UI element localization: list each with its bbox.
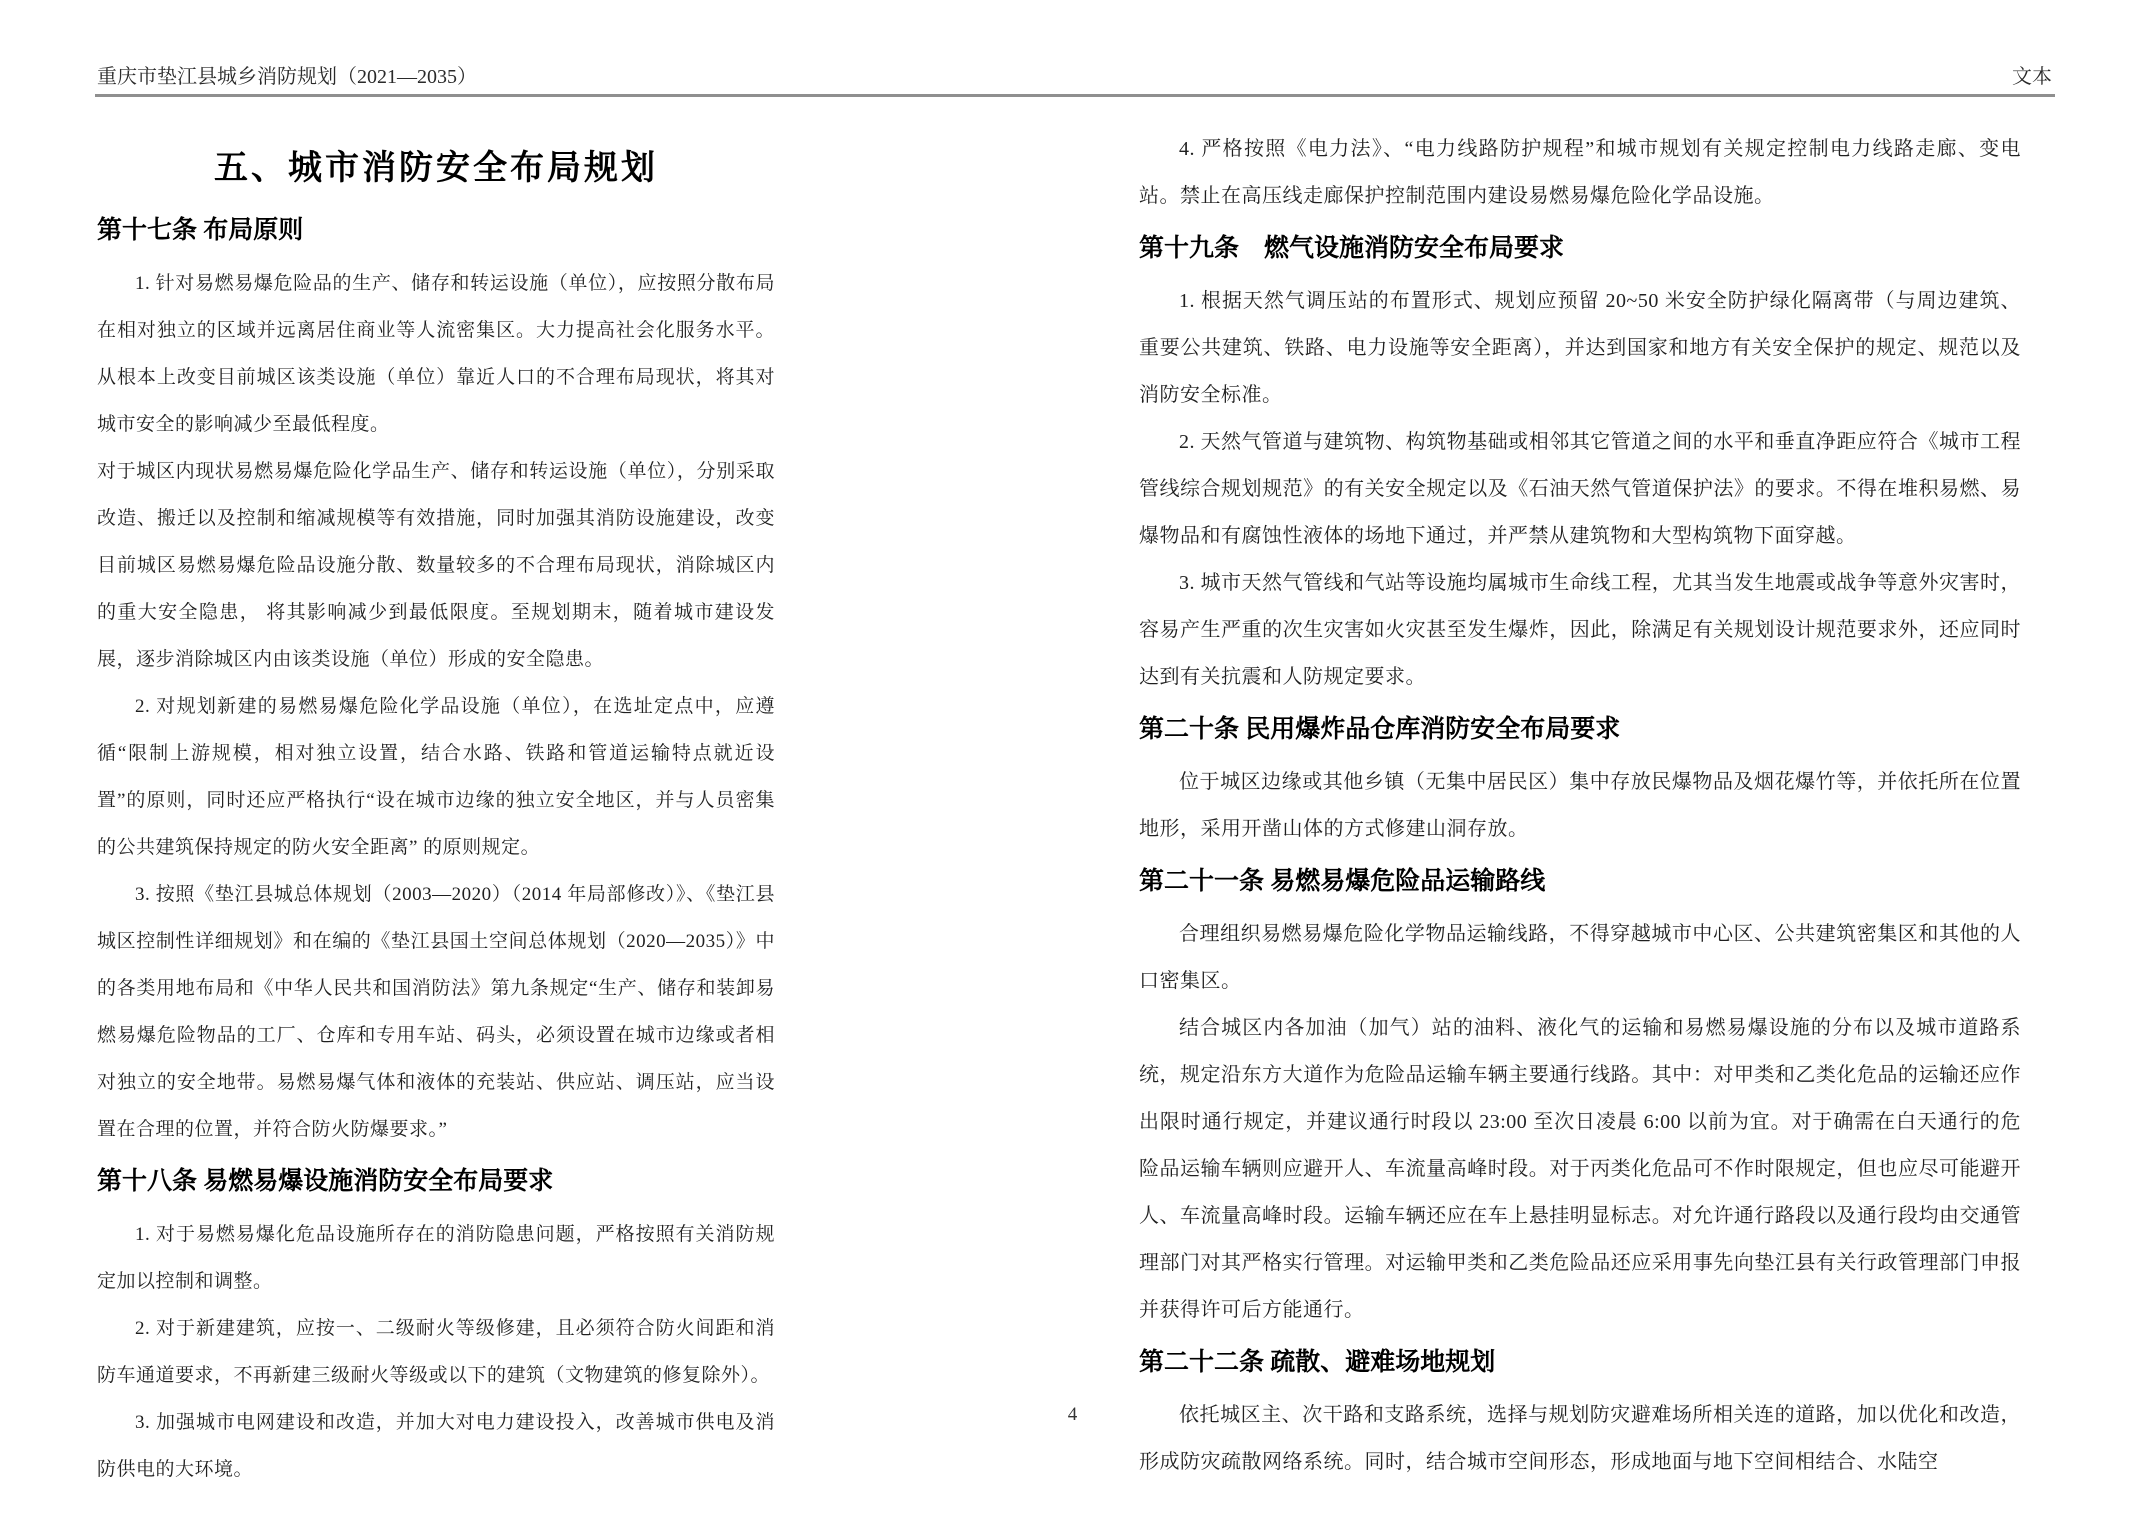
paragraph-article17-item1-continued: 对于城区内现状易燃易爆危险化学品生产、储存和转运设施（单位），分别采取改造、搬迁… — [97, 448, 775, 683]
paragraph-article19-item1: 1. 根据天然气调压站的布置形式、规划应预留 20~50 米安全防护绿化隔离带（… — [1139, 278, 2021, 419]
paragraph-article20-body: 位于城区边缘或其他乡镇（无集中居民区）集中存放民爆物品及烟花爆竹等，并依托所在位… — [1139, 759, 2021, 853]
heading-article-18: 第十八条 易燃易爆设施消防安全布局要求 — [97, 1164, 775, 1200]
paragraph-article18-item1: 1. 对于易燃易爆化危品设施所存在的消防隐患问题，严格按照有关消防规定加以控制和… — [97, 1211, 775, 1305]
paragraph-article17-item1: 1. 针对易燃易爆危险品的生产、储存和转运设施（单位），应按照分散布局在相对独立… — [97, 260, 775, 448]
paragraph-article18-item2: 2. 对于新建建筑，应按一、二级耐火等级修建，且必须符合防火间距和消防车通道要求… — [97, 1305, 775, 1399]
page-footer: 4 — [0, 1404, 2145, 1426]
paragraph-article17-item2: 2. 对规划新建的易燃易爆危险化学品设施（单位），在选址定点中，应遵循“限制上游… — [97, 683, 775, 871]
paragraph-article19-item3: 3. 城市天然气管线和气站等设施均属城市生命线工程，尤其当发生地震或战争等意外灾… — [1139, 560, 2021, 701]
paragraph-article18-item4: 4. 严格按照《电力法》、“电力线路防护规程”和城市规划有关规定控制电力线路走廊… — [1139, 126, 2021, 220]
heading-article-17: 第十七条 布局原则 — [97, 213, 775, 249]
page-number: 4 — [1068, 1404, 1078, 1425]
header-document-title: 重庆市垫江县城乡消防规划（2021—2035） — [97, 60, 477, 89]
paragraph-article17-item3: 3. 按照《垫江县城总体规划（2003—2020）（2014 年局部修改）》、《… — [97, 871, 775, 1153]
header-section-label: 文本 — [2012, 60, 2052, 89]
right-column: 4. 严格按照《电力法》、“电力线路防护规程”和城市规划有关规定控制电力线路走廊… — [1139, 126, 2021, 1486]
heading-article-21: 第二十一条 易燃易爆危险品运输路线 — [1139, 864, 2021, 900]
paragraph-article21-body2: 结合城区内各加油（加气）站的油料、液化气的运输和易燃易爆设施的分布以及城市道路系… — [1139, 1005, 2021, 1334]
left-column: 五、城市消防安全布局规划 第十七条 布局原则 1. 针对易燃易爆危险品的生产、储… — [97, 140, 775, 1493]
paragraph-article19-item2: 2. 天然气管道与建筑物、构筑物基础或相邻其它管道之间的水平和垂直净距应符合《城… — [1139, 419, 2021, 560]
chapter-title: 五、城市消防安全布局规划 — [97, 140, 775, 189]
header-divider — [95, 94, 2055, 97]
paragraph-article21-body1: 合理组织易燃易爆危险化学物品运输线路，不得穿越城市中心区、公共建筑密集区和其他的… — [1139, 911, 2021, 1005]
heading-article-22: 第二十二条 疏散、避难场地规划 — [1139, 1345, 2021, 1381]
heading-article-19: 第十九条 燃气设施消防安全布局要求 — [1139, 231, 2021, 267]
page-header: 重庆市垫江县城乡消防规划（2021—2035） 文本 — [97, 60, 2052, 89]
heading-article-20: 第二十条 民用爆炸品仓库消防安全布局要求 — [1139, 712, 2021, 748]
document-page: 重庆市垫江县城乡消防规划（2021—2035） 文本 五、城市消防安全布局规划 … — [0, 0, 2145, 1515]
